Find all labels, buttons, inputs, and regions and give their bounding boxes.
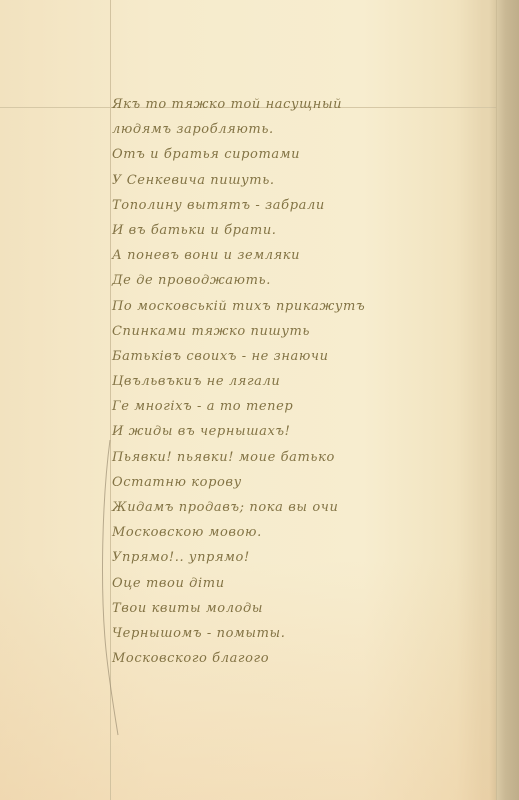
text-line: Спинками тяжко пишуть	[112, 319, 442, 344]
text-line: Остатню корову	[112, 470, 442, 495]
text-line: Ге многіхъ - а то тепер	[112, 394, 442, 419]
text-line: Пьявки! пьявки! моие батько	[112, 445, 442, 470]
text-line: И жиды въ чернышахъ!	[112, 419, 442, 444]
text-line: У Сенкевича пишуть.	[112, 168, 442, 193]
text-line: Цвъльвъкиъ не лягали	[112, 369, 442, 394]
text-line: Батьківъ своихъ - не знаючи	[112, 344, 442, 369]
text-line: Отъ и братья сиротами	[112, 142, 442, 167]
text-line: Якъ то тяжко той насущный	[112, 92, 442, 117]
text-line: Упрямо!.. упрямо!	[112, 545, 442, 570]
text-line: Чернышомъ - помыты.	[112, 621, 442, 646]
handwritten-text: Якъ то тяжко той насущный людямъ заробля…	[112, 92, 442, 671]
text-line: А поневъ вони и земляки	[112, 243, 442, 268]
text-line: Московского благого	[112, 646, 442, 671]
text-line: людямъ заробляють.	[112, 117, 442, 142]
text-line: Де де проводжають.	[112, 268, 442, 293]
text-line: По московській тихъ прикажутъ	[112, 294, 442, 319]
text-line: Московскою мовою.	[112, 520, 442, 545]
text-line: Жидамъ продавъ; пока вы очи	[112, 495, 442, 520]
book-spine-edge	[496, 0, 519, 800]
manuscript-page: Якъ то тяжко той насущный людямъ заробля…	[0, 0, 519, 800]
text-line: Оце твои діти	[112, 571, 442, 596]
text-line: Тополину вытятъ - забрали	[112, 193, 442, 218]
text-line: И въ батьки и брати.	[112, 218, 442, 243]
text-line: Твои квиты молоды	[112, 596, 442, 621]
